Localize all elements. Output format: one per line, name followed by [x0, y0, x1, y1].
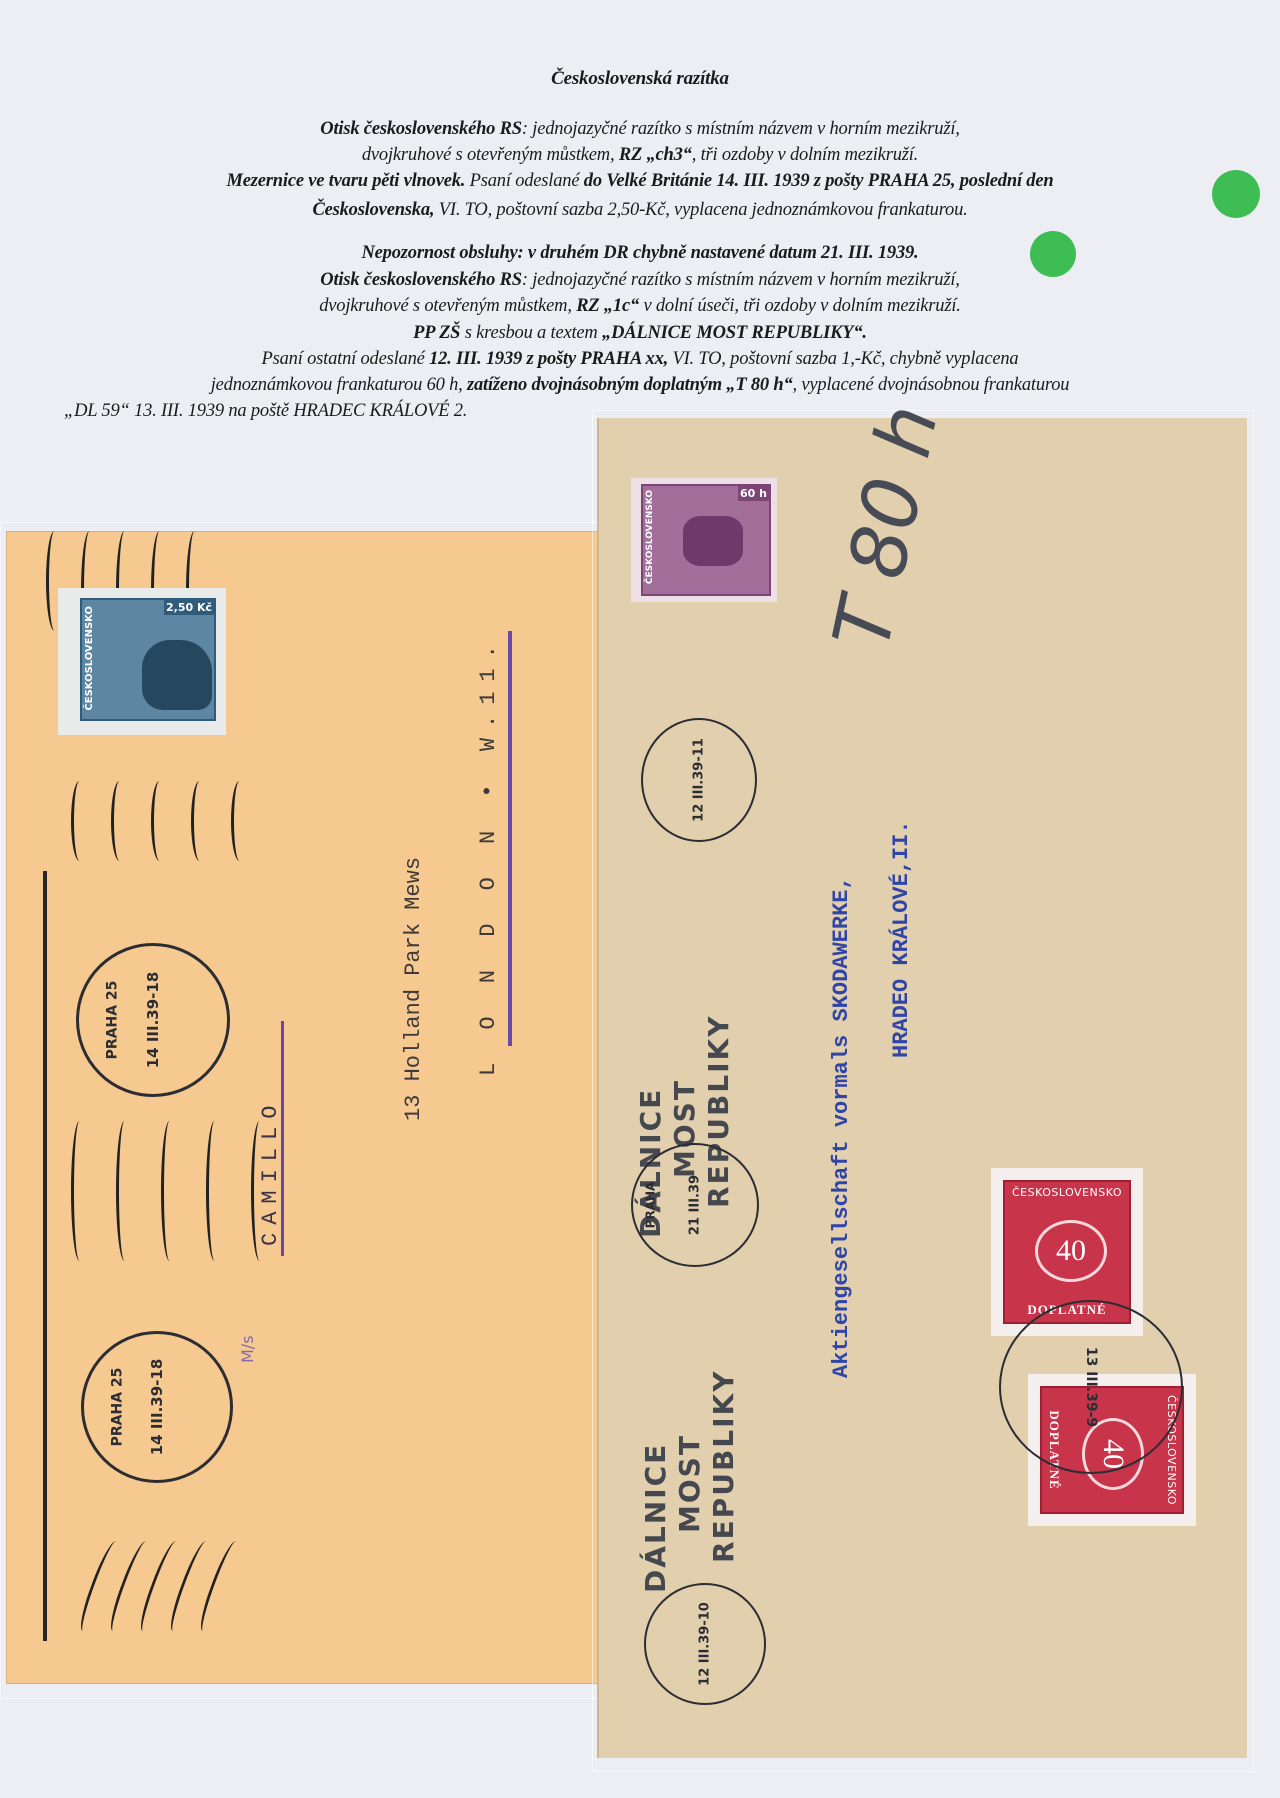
sender-underline	[281, 1021, 284, 1256]
slogan-line: REPUBLIKY	[707, 1369, 741, 1593]
postage-stamp-60h: ČESKOSLOVENSKO 60 h	[631, 478, 777, 602]
stamp-country-label: ČESKOSLOVENSKO	[1005, 1186, 1129, 1199]
address-city: L O N D O N • W.11.	[476, 635, 501, 1076]
postmark-21-iii-39-wrong-date: PRAHA 21 III.39	[631, 1143, 759, 1267]
edge-mark	[43, 871, 47, 1641]
sender-name: CAMILLO	[258, 1098, 283, 1246]
postmark-date: 21 III.39	[688, 1175, 703, 1235]
wave-cancel-line	[191, 781, 208, 861]
para2-line7: „DL 59“ 13. III. 1939 na poště HRADEC KR…	[64, 398, 467, 424]
wave-cancel-line	[116, 1121, 133, 1261]
para2-line3: dvojkruhové s otevřeným můstkem, RZ „1c“…	[0, 293, 1280, 319]
postmark-town: PRAHA	[643, 1182, 657, 1229]
postage-stamp-2-50kc: ČESKOSLOVENSKO 2,50 Kč	[58, 588, 226, 735]
para2-line1: Nepozornost obsluhy: v druhém DR chybně …	[0, 240, 1280, 266]
slogan-line: MOST	[673, 1369, 707, 1593]
para2-line4: PP ZŠ s kresbou a textem „DÁLNICE MOST R…	[0, 320, 1280, 346]
cover-postage-due: ČESKOSLOVENSKO 60 h T 80 h 12 III.39-11 …	[597, 418, 1247, 1758]
pencil-postage-due-note: T 80 h	[817, 397, 956, 656]
para2-line5: Psaní ostatní odeslané 12. III. 1939 z p…	[0, 346, 1280, 372]
para1-line4: Československa, VI. TO, poštovní sazba 2…	[0, 197, 1280, 223]
page-title: Československá razítka	[0, 66, 1280, 92]
postmark-date: 14 III.39-18	[148, 1359, 166, 1456]
para1-line2: dvojkruhové s otevřeným můstkem, RZ „ch3…	[0, 142, 1280, 168]
para2-line2: Otisk československého RS: jednojazyčné …	[0, 267, 1280, 293]
stamp-value-label: 60 h	[738, 486, 769, 501]
postmark-12-iii-39-11: 12 III.39-11	[641, 718, 757, 842]
slogan-line: DÁLNICE	[639, 1369, 673, 1593]
wave-cancel-line	[206, 1121, 223, 1261]
address-company: Aktiengesellschaft vormals SKODAWERKE,	[829, 876, 854, 1378]
wave-cancel-line	[161, 1121, 178, 1261]
wave-cancel-line	[71, 1121, 88, 1261]
para1-line3: Mezernice ve tvaru pěti vlnovek. Psaní o…	[0, 168, 1280, 194]
wave-cancel-line	[111, 781, 128, 861]
address-street: 13 Holland Park Mews	[401, 857, 426, 1121]
postmark-hradec-kralove-2: 13 III.39-9	[999, 1300, 1183, 1474]
postmark-date: 12 III.39-10	[698, 1602, 713, 1686]
postmark-date: 12 III.39-11	[692, 738, 707, 822]
stamp-value-label: 40	[1035, 1220, 1107, 1282]
stamp-value-label: 2,50 Kč	[164, 600, 214, 615]
wave-cancel-line	[71, 781, 88, 861]
stamp-country-label: ČESKOSLOVENSKO	[645, 490, 655, 584]
postmark-date: 14 III.39-18	[144, 972, 162, 1069]
handwritten-annotation: M/s	[238, 1335, 257, 1363]
stamp-image: ČESKOSLOVENSKO 2,50 Kč	[80, 598, 216, 721]
postmark-date: 13 III.39-9	[1083, 1347, 1099, 1427]
postmark-praha-25-bottom: PRAHA 25 14 III.39-18	[81, 1331, 233, 1483]
green-marker-dot	[1212, 170, 1260, 218]
address-underline	[508, 631, 512, 1046]
postmark-town: PRAHA 25	[104, 981, 120, 1060]
postmark-12-iii-39-10: 12 III.39-10	[644, 1583, 766, 1705]
para2-line6: jednoznámkovou frankaturou 60 h, zatížen…	[0, 372, 1280, 398]
address-city: HRADEO KRÁLOVÉ,II.	[889, 820, 914, 1058]
stamp-country-label: ČESKOSLOVENSKO	[84, 606, 95, 711]
postmark-praha-25-top: PRAHA 25 14 III.39-18	[76, 943, 230, 1097]
cover-to-great-britain: ČESKOSLOVENSKO 2,50 Kč PRAHA 25 14 III.3…	[6, 531, 599, 1684]
wave-cancel-line	[151, 781, 168, 861]
stamp-image: ČESKOSLOVENSKO 60 h	[641, 484, 771, 596]
wave-cancel-line	[231, 781, 248, 861]
postmark-town: PRAHA 25	[109, 1368, 125, 1447]
para1-line1: Otisk československého RS: jednojazyčné …	[0, 116, 1280, 142]
slogan-cancel-bottom: DÁLNICE MOST REPUBLIKY	[639, 1369, 741, 1593]
